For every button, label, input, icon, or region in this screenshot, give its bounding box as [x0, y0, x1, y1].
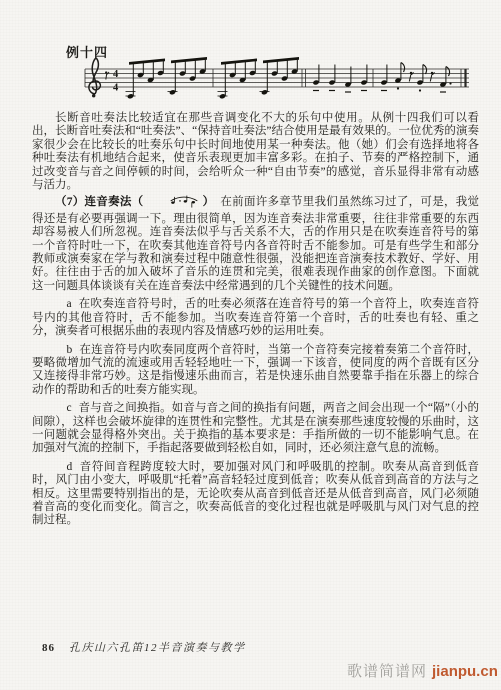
music-notation: 4 4 [73, 50, 478, 108]
page-footer: 86孔庆山六孔笛12半音演奏与教学 [42, 639, 246, 655]
item-a: a在吹奏连音符号时，舌的吐奏必须落在连音符号的第一个音符上，吹奏连音符号内的其他… [32, 298, 479, 338]
item-d: d音符间音程跨度较大时，要加强对风门和呼吸肌的控制。吹奏从高音到低音时，风门由小… [32, 461, 479, 528]
time-signature: 4 4 [113, 69, 119, 94]
item-d-label: d [67, 461, 73, 473]
page-number: 86 [42, 642, 55, 654]
scanned-book-page: { "example": { "label": "例十四" }, "music"… [0, 0, 501, 690]
item-c-label: c [67, 402, 72, 414]
watermark-site-url: jianpu.cn [432, 663, 498, 680]
svg-text:4: 4 [113, 83, 119, 94]
section-7-heading: （7）连音奏法 [55, 196, 132, 208]
item-b: b在连音符号内吹奏同度两个音符时，当第一个音符奏完接着奏第二个音符时，要略微增加… [32, 344, 479, 398]
measure-4-notes [380, 63, 451, 93]
slurred-notes-icon [144, 192, 201, 212]
body-text: 长断音吐奏法比较适宜在那些音调变化不大的乐句中使用。从例十四我们可以看出，长断音… [32, 112, 479, 528]
section-7-text: 在前面许多章节里我们虽然练习过了，可是，我觉得还是有必要再强调一下。理由很简单，… [32, 196, 479, 291]
music-staff-figure: 4 4 [73, 50, 478, 108]
paren-open: （ [132, 196, 144, 208]
item-c: c音与音之间换指。如音与音之间的换指有问题，两音之间会出现一个“隔”（小的间隙）… [32, 402, 479, 456]
site-watermark: 歌谱简谱网jianpu.cn [347, 660, 498, 681]
item-c-text: 音与音之间换指。如音与音之间的换指有问题，两音之间会出现一个“隔”（小的间隙），… [32, 402, 479, 454]
item-d-text: 音符间音程跨度较大时，要加强对风门和呼吸肌的控制。吹奏从高音到低音时，风门由小变… [32, 461, 479, 527]
svg-text:4: 4 [113, 69, 119, 80]
item-a-label: a [67, 298, 72, 310]
book-title: 孔庆山六孔笛12半音演奏与教学 [69, 642, 246, 654]
item-b-label: b [67, 344, 73, 356]
item-b-text: 在连音符号内吹奏同度两个音符时，当第一个音符奏完接着奏第二个音符时，要略微增加气… [32, 344, 479, 396]
paragraph-intro: 长断音吐奏法比较适宜在那些音调变化不大的乐句中使用。从例十四我们可以看出，长断音… [32, 112, 479, 192]
paragraph-section-7: （7）连音奏法（） 在前面许多章节里我们虽然练习过了，可是，我觉得还是有必要再强… [32, 192, 479, 293]
watermark-site-name: 歌谱简谱网 [347, 663, 427, 680]
item-a-text: 在吹奏连音符号时，舌的吐奏必须落在连音符号的第一个音符上，吹奏连音符号内的其他音… [32, 298, 479, 337]
